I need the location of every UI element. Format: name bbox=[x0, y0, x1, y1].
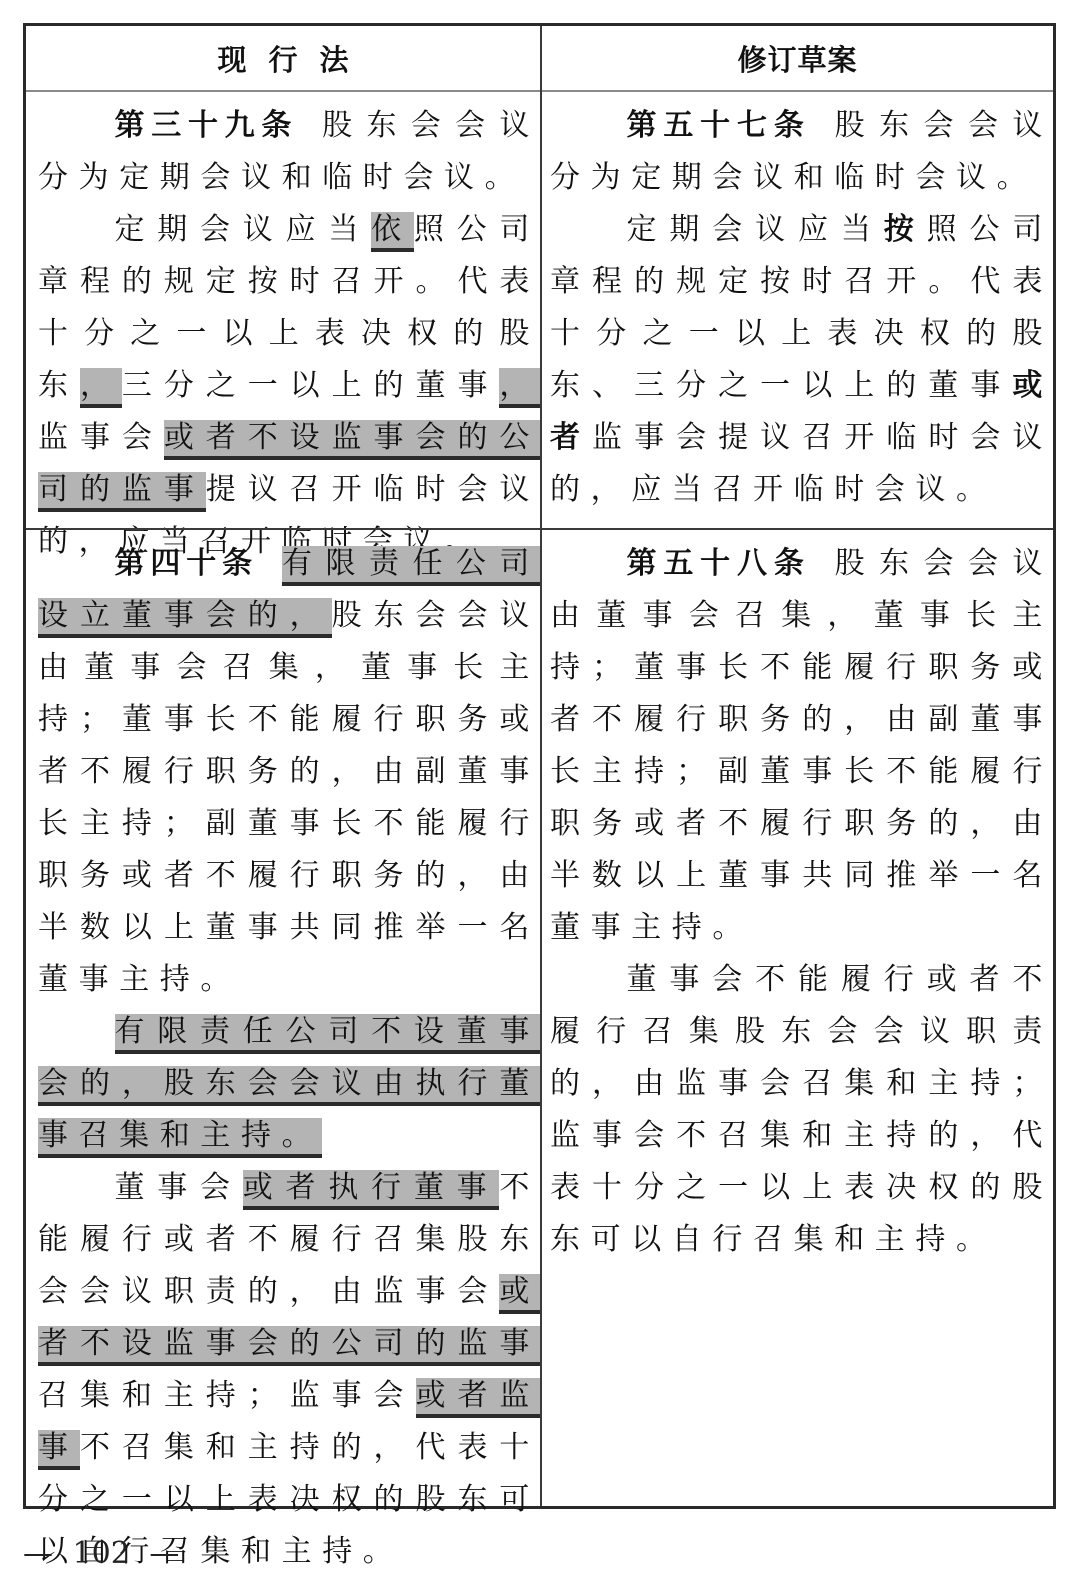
body-text: 三分之一以上的董事 bbox=[122, 368, 499, 403]
added-text-bold: 按 bbox=[884, 212, 927, 247]
article-paragraph: 定期会议应当依照公司章程的规定按时召开。代表十分之一以上表决权的股东，三分之一以… bbox=[38, 204, 540, 568]
article-paragraph-lead: 第五十八条股东会会议由董事会召集，董事长主持；董事长不能履行职务或者不履行职务的… bbox=[550, 538, 1053, 954]
row2-revised-draft-cell: 第五十八条股东会会议由董事会召集，董事长主持；董事长不能履行职务或者不履行职务的… bbox=[542, 530, 1053, 1506]
article-number: 第四十条 bbox=[115, 546, 259, 581]
body-text: 股东会会议由董事会召集，董事长主持；董事长不能履行职务或者不履行职务的，由副董事… bbox=[550, 546, 1053, 945]
article-paragraph: 有限责任公司不设董事会的，股东会会议由执行董事召集和主持。 bbox=[38, 1006, 540, 1162]
deleted-text-highlight: ， bbox=[499, 368, 540, 408]
deleted-text-highlight: 依 bbox=[371, 212, 414, 252]
deleted-text-highlight: ， bbox=[80, 368, 122, 408]
article-number: 第五十七条 bbox=[627, 108, 811, 143]
article-paragraph-lead: 第四十条有限责任公司设立董事会的，股东会会议由董事会召集，董事长主持；董事长不能… bbox=[38, 538, 540, 1006]
deleted-text-highlight: 有限责任公司不设董事会的，股东会会议由执行董事召集和主持。 bbox=[38, 1014, 540, 1158]
body-text: 董事会不能履行或者不履行召集股东会会议职责的，由监事会召集和主持；监事会不召集和… bbox=[550, 962, 1053, 1257]
page-number: — 102 — bbox=[23, 1536, 179, 1571]
deleted-text-highlight: 或者执行董事 bbox=[243, 1170, 500, 1210]
header-revised-draft: 修订草案 bbox=[542, 26, 1053, 90]
article-number: 第三十九条 bbox=[115, 108, 299, 143]
article-paragraph: 董事会不能履行或者不履行召集股东会会议职责的，由监事会召集和主持；监事会不召集和… bbox=[550, 954, 1053, 1266]
row1-current-law-cell: 第三十九条股东会会议分为定期会议和临时会议。定期会议应当依照公司章程的规定按时召… bbox=[26, 92, 540, 529]
body-text: 监事会提议召开临时会议的，应当召开临时会议。 bbox=[550, 420, 1053, 507]
row1-revised-draft-cell: 第五十七条股东会会议分为定期会议和临时会议。定期会议应当按照公司章程的规定按时召… bbox=[542, 92, 1053, 529]
article-paragraph: 定期会议应当按照公司章程的规定按时召开。代表十分之一以上表决权的股东、三分之一以… bbox=[550, 204, 1053, 516]
row2-current-law-cell: 第四十条有限责任公司设立董事会的，股东会会议由董事会召集，董事长主持；董事长不能… bbox=[26, 530, 540, 1506]
body-text: 定期会议应当 bbox=[115, 212, 372, 247]
article-paragraph-lead: 第三十九条股东会会议分为定期会议和临时会议。 bbox=[38, 100, 540, 204]
body-text: 定期会议应当 bbox=[627, 212, 884, 247]
article-number: 第五十八条 bbox=[627, 546, 811, 581]
header-current-law: 现行法 bbox=[26, 26, 540, 90]
body-text: 召集和主持；监事会 bbox=[38, 1378, 416, 1413]
body-text: 股东会会议由董事会召集，董事长主持；董事长不能履行职务或者不履行职务的，由副董事… bbox=[38, 598, 540, 997]
body-text: 监事会 bbox=[38, 420, 164, 455]
article-paragraph-lead: 第五十七条股东会会议分为定期会议和临时会议。 bbox=[550, 100, 1053, 204]
comparison-table: 现行法 修订草案 第三十九条股东会会议分为定期会议和临时会议。定期会议应当依照公… bbox=[23, 23, 1056, 1509]
body-text: 董事会 bbox=[115, 1170, 243, 1205]
article-paragraph: 董事会或者执行董事不能履行或者不履行召集股东会会议职责的，由监事会或者不设监事会… bbox=[38, 1162, 540, 1578]
